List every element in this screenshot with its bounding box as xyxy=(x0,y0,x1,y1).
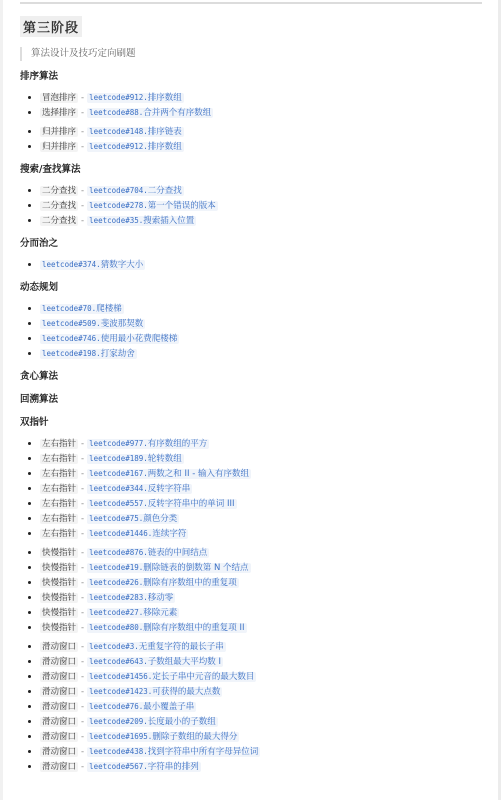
problem-name: 有序数组的平方 xyxy=(148,439,208,449)
problem-id: leetcode#19. xyxy=(89,563,143,572)
problem-name: 删除有序数组中的重复项 II xyxy=(143,623,244,633)
technique-tag: 冒泡排序 xyxy=(40,93,78,103)
list-item: 左右指针-leetcode#977.有序数组的平方 xyxy=(20,436,480,451)
problem-id: leetcode#88. xyxy=(89,108,143,117)
separator: - xyxy=(81,108,84,118)
separator: - xyxy=(81,702,84,712)
problem-list: 左右指针-leetcode#977.有序数组的平方左右指针-leetcode#1… xyxy=(20,436,480,774)
leetcode-link[interactable]: leetcode#912.排序数组 xyxy=(87,93,184,103)
problem-list: 二分查找-leetcode#704.二分查找二分查找-leetcode#278.… xyxy=(20,183,480,228)
technique-tag: 左右指针 xyxy=(40,529,78,539)
technique-tag: 归并排序 xyxy=(40,127,78,137)
leetcode-link[interactable]: leetcode#438.找到字符串中所有字母异位词 xyxy=(87,747,260,757)
technique-tag: 快慢指针 xyxy=(40,548,78,558)
separator: - xyxy=(81,186,84,196)
leetcode-link[interactable]: leetcode#70.爬楼梯 xyxy=(40,304,124,314)
separator: - xyxy=(81,216,84,226)
separator: - xyxy=(81,563,84,573)
list-item: 快慢指针-leetcode#283.移动零 xyxy=(20,590,480,605)
problem-id: leetcode#278. xyxy=(89,201,148,210)
problem-name: 打家劫舍 xyxy=(101,349,135,359)
separator: - xyxy=(81,548,84,558)
separator: - xyxy=(81,484,84,494)
leetcode-link[interactable]: leetcode#509.斐波那契数 xyxy=(40,319,145,329)
list-item: 滑动窗口-leetcode#567.字符串的排列 xyxy=(20,759,480,774)
leetcode-link[interactable]: leetcode#704.二分查找 xyxy=(87,186,184,196)
technique-tag: 选择排序 xyxy=(40,108,78,118)
problem-list: leetcode#70.爬楼梯leetcode#509.斐波那契数leetcod… xyxy=(20,301,480,361)
problem-id: leetcode#876. xyxy=(89,548,148,557)
leetcode-link[interactable]: leetcode#643.子数组最大平均数 I xyxy=(87,657,223,667)
problem-name: 颜色分类 xyxy=(143,514,177,524)
problem-id: leetcode#704. xyxy=(89,186,148,195)
leetcode-link[interactable]: leetcode#1423.可获得的最大点数 xyxy=(87,687,222,697)
technique-tag: 滑动窗口 xyxy=(40,762,78,772)
leetcode-link[interactable]: leetcode#374.猜数字大小 xyxy=(40,260,145,270)
technique-tag: 快慢指针 xyxy=(40,608,78,618)
technique-tag: 快慢指针 xyxy=(40,563,78,573)
problem-name: 连续字符 xyxy=(152,529,186,539)
list-item: leetcode#746.使用最小花费爬楼梯 xyxy=(20,331,480,346)
leetcode-link[interactable]: leetcode#19.删除链表的倒数第 N 个结点 xyxy=(87,563,250,573)
problem-id: leetcode#438. xyxy=(89,747,148,756)
list-item: 滑动窗口-leetcode#1456.定长子串中元音的最大数目 xyxy=(20,669,480,684)
list-item: 滑动窗口-leetcode#76.最小覆盖子串 xyxy=(20,699,480,714)
problem-name: 删除子数组的最大得分 xyxy=(152,732,237,742)
separator: - xyxy=(81,623,84,633)
problem-list: leetcode#374.猜数字大小 xyxy=(20,257,480,272)
technique-tag: 快慢指针 xyxy=(40,593,78,603)
problem-name: 链表的中间结点 xyxy=(148,548,208,558)
problem-id: leetcode#374. xyxy=(42,260,101,269)
problem-id: leetcode#567. xyxy=(89,762,148,771)
list-item: 冒泡排序-leetcode#912.排序数组 xyxy=(20,90,480,105)
list-item: 快慢指针-leetcode#80.删除有序数组中的重复项 II xyxy=(20,620,480,635)
problem-name: 猜数字大小 xyxy=(101,260,144,270)
problem-id: leetcode#344. xyxy=(89,484,148,493)
technique-tag: 滑动窗口 xyxy=(40,732,78,742)
list-item: leetcode#374.猜数字大小 xyxy=(20,257,480,272)
problem-name: 最小覆盖子串 xyxy=(143,702,194,712)
problem-name: 二分查找 xyxy=(148,186,182,196)
list-item: 快慢指针-leetcode#27.移除元素 xyxy=(20,605,480,620)
separator: - xyxy=(81,454,84,464)
technique-tag: 快慢指针 xyxy=(40,578,78,588)
separator: - xyxy=(81,672,84,682)
technique-tag: 滑动窗口 xyxy=(40,687,78,697)
problem-id: leetcode#1695. xyxy=(89,732,152,741)
problem-id: leetcode#283. xyxy=(89,593,148,602)
list-item: 快慢指针-leetcode#26.删除有序数组中的重复项 xyxy=(20,575,480,590)
problem-name: 排序数组 xyxy=(148,93,182,103)
separator: - xyxy=(81,499,84,509)
problem-name: 定长子串中元音的最大数目 xyxy=(152,672,254,682)
problem-id: leetcode#1423. xyxy=(89,687,152,696)
technique-tag: 左右指针 xyxy=(40,454,78,464)
section-heading: 动态规划 xyxy=(20,281,480,295)
technique-tag: 快慢指针 xyxy=(40,623,78,633)
separator: - xyxy=(81,127,84,137)
list-item: 左右指针-leetcode#189.轮转数组 xyxy=(20,451,480,466)
list-item: 二分查找-leetcode#278.第一个错误的版本 xyxy=(20,198,480,213)
separator: - xyxy=(81,593,84,603)
separator: - xyxy=(81,717,84,727)
list-item: 左右指针-leetcode#75.颜色分类 xyxy=(20,511,480,526)
problem-name: 轮转数组 xyxy=(148,454,182,464)
leetcode-link[interactable]: leetcode#167.两数之和 II - 输入有序数组 xyxy=(87,469,251,479)
leetcode-link[interactable]: leetcode#283.移动零 xyxy=(87,593,175,603)
problem-name: 反转字符串 xyxy=(148,484,191,494)
leetcode-link[interactable]: leetcode#1456.定长子串中元音的最大数目 xyxy=(87,672,256,682)
problem-list: 冒泡排序-leetcode#912.排序数组选择排序-leetcode#88.合… xyxy=(20,90,480,154)
section-heading: 回溯算法 xyxy=(20,393,480,407)
technique-tag: 滑动窗口 xyxy=(40,747,78,757)
separator: - xyxy=(81,578,84,588)
problem-name: 移动零 xyxy=(148,593,174,603)
separator: - xyxy=(81,142,84,152)
problem-name: 斐波那契数 xyxy=(101,319,144,329)
problem-id: leetcode#35. xyxy=(89,216,143,225)
problem-id: leetcode#26. xyxy=(89,578,143,587)
technique-tag: 左右指针 xyxy=(40,469,78,479)
problem-name: 长度最小的子数组 xyxy=(148,717,216,727)
list-item: 归并排序-leetcode#912.排序数组 xyxy=(20,139,480,154)
leetcode-link[interactable]: leetcode#148.排序链表 xyxy=(87,127,184,137)
problem-name: 找到字符串中所有字母异位词 xyxy=(148,747,259,757)
leetcode-link[interactable]: leetcode#344.反转字符串 xyxy=(87,484,192,494)
list-item: 滑动窗口-leetcode#3.无重复字符的最长子串 xyxy=(20,639,480,654)
leetcode-link[interactable]: leetcode#198.打家劫舍 xyxy=(40,349,137,359)
leetcode-link[interactable]: leetcode#278.第一个错误的版本 xyxy=(87,201,218,211)
separator: - xyxy=(81,747,84,757)
separator: - xyxy=(81,657,84,667)
problem-id: leetcode#75. xyxy=(89,514,143,523)
leetcode-link[interactable]: leetcode#912.排序数组 xyxy=(87,142,184,152)
problem-id: leetcode#1446. xyxy=(89,529,152,538)
separator: - xyxy=(81,529,84,539)
list-item: 滑动窗口-leetcode#1695.删除子数组的最大得分 xyxy=(20,729,480,744)
section-heading: 排序算法 xyxy=(20,70,480,84)
leetcode-link[interactable]: leetcode#1446.连续字符 xyxy=(87,529,188,539)
leetcode-link[interactable]: leetcode#27.移除元素 xyxy=(87,608,179,618)
problem-name: 两数之和 II - 输入有序数组 xyxy=(148,469,249,479)
problem-id: leetcode#167. xyxy=(89,469,148,478)
subtitle-blockquote: 算法设计及技巧定向刷题 xyxy=(20,47,480,61)
problem-id: leetcode#27. xyxy=(89,608,143,617)
problem-name: 无重复字符的最长子串 xyxy=(139,642,224,652)
section-heading: 贪心算法 xyxy=(20,370,480,384)
problem-name: 删除有序数组中的重复项 xyxy=(143,578,237,588)
section-heading: 分而治之 xyxy=(20,237,480,251)
problem-name: 删除链表的倒数第 N 个结点 xyxy=(143,563,248,573)
separator: - xyxy=(81,642,84,652)
problem-id: leetcode#1456. xyxy=(89,672,152,681)
horizontal-rule xyxy=(20,2,482,4)
problem-id: leetcode#912. xyxy=(89,93,148,102)
problem-id: leetcode#198. xyxy=(42,349,101,358)
technique-tag: 二分查找 xyxy=(40,201,78,211)
problem-name: 字符串的排列 xyxy=(148,762,199,772)
leetcode-link[interactable]: leetcode#76.最小覆盖子串 xyxy=(87,702,196,712)
list-item: 二分查找-leetcode#704.二分查找 xyxy=(20,183,480,198)
leetcode-link[interactable]: leetcode#189.轮转数组 xyxy=(87,454,184,464)
technique-tag: 二分查找 xyxy=(40,216,78,226)
leetcode-link[interactable]: leetcode#557.反转字符串中的单词 III xyxy=(87,499,236,509)
problem-id: leetcode#189. xyxy=(89,454,148,463)
problem-name: 可获得的最大点数 xyxy=(152,687,220,697)
separator: - xyxy=(81,201,84,211)
separator: - xyxy=(81,687,84,697)
separator: - xyxy=(81,439,84,449)
list-item: 二分查找-leetcode#35.搜索插入位置 xyxy=(20,213,480,228)
problem-name: 第一个错误的版本 xyxy=(148,201,216,211)
list-item: 左右指针-leetcode#344.反转字符串 xyxy=(20,481,480,496)
problem-name: 合并两个有序数组 xyxy=(143,108,211,118)
leetcode-link[interactable]: leetcode#567.字符串的排列 xyxy=(87,762,201,772)
technique-tag: 滑动窗口 xyxy=(40,642,78,652)
list-item: 快慢指针-leetcode#876.链表的中间结点 xyxy=(20,545,480,560)
page-title: 第三阶段 xyxy=(20,16,82,37)
list-item: 左右指针-leetcode#167.两数之和 II - 输入有序数组 xyxy=(20,466,480,481)
leetcode-link[interactable]: leetcode#1695.删除子数组的最大得分 xyxy=(87,732,239,742)
problem-id: leetcode#977. xyxy=(89,439,148,448)
technique-tag: 滑动窗口 xyxy=(40,702,78,712)
list-item: 快慢指针-leetcode#19.删除链表的倒数第 N 个结点 xyxy=(20,560,480,575)
list-item: leetcode#509.斐波那契数 xyxy=(20,316,480,331)
list-item: leetcode#70.爬楼梯 xyxy=(20,301,480,316)
technique-tag: 滑动窗口 xyxy=(40,657,78,667)
separator: - xyxy=(81,762,84,772)
problem-name: 使用最小花费爬楼梯 xyxy=(101,334,178,344)
problem-id: leetcode#912. xyxy=(89,142,148,151)
list-item: 滑动窗口-leetcode#1423.可获得的最大点数 xyxy=(20,684,480,699)
leetcode-link[interactable]: leetcode#80.删除有序数组中的重复项 II xyxy=(87,623,246,633)
technique-tag: 左右指针 xyxy=(40,439,78,449)
leetcode-link[interactable]: leetcode#977.有序数组的平方 xyxy=(87,439,209,449)
technique-tag: 滑动窗口 xyxy=(40,672,78,682)
list-item: 滑动窗口-leetcode#209.长度最小的子数组 xyxy=(20,714,480,729)
problem-id: leetcode#148. xyxy=(89,127,148,136)
sections-container: 排序算法冒泡排序-leetcode#912.排序数组选择排序-leetcode#… xyxy=(20,70,480,774)
problem-id: leetcode#509. xyxy=(42,319,101,328)
leetcode-link[interactable]: leetcode#88.合并两个有序数组 xyxy=(87,108,213,118)
list-item: 滑动窗口-leetcode#643.子数组最大平均数 I xyxy=(20,654,480,669)
problem-name: 移除元素 xyxy=(143,608,177,618)
technique-tag: 左右指针 xyxy=(40,514,78,524)
problem-id: leetcode#746. xyxy=(42,334,101,343)
problem-name: 子数组最大平均数 I xyxy=(148,657,221,667)
section-heading: 搜索/查找算法 xyxy=(20,163,480,177)
problem-id: leetcode#80. xyxy=(89,623,143,632)
list-item: 左右指针-leetcode#1446.连续字符 xyxy=(20,526,480,541)
problem-name: 排序数组 xyxy=(148,142,182,152)
problem-name: 搜索插入位置 xyxy=(143,216,194,226)
technique-tag: 左右指针 xyxy=(40,484,78,494)
technique-tag: 归并排序 xyxy=(40,142,78,152)
problem-name: 排序链表 xyxy=(148,127,182,137)
leetcode-link[interactable]: leetcode#876.链表的中间结点 xyxy=(87,548,209,558)
technique-tag: 二分查找 xyxy=(40,186,78,196)
separator: - xyxy=(81,469,84,479)
list-item: leetcode#198.打家劫舍 xyxy=(20,346,480,361)
problem-id: leetcode#643. xyxy=(89,657,148,666)
problem-name: 反转字符串中的单词 III xyxy=(148,499,235,509)
left-frame-border xyxy=(0,0,3,800)
problem-id: leetcode#76. xyxy=(89,702,143,711)
separator: - xyxy=(81,732,84,742)
problem-name: 爬楼梯 xyxy=(96,304,122,314)
list-item: 左右指针-leetcode#557.反转字符串中的单词 III xyxy=(20,496,480,511)
document-content: 第三阶段 算法设计及技巧定向刷题 排序算法冒泡排序-leetcode#912.排… xyxy=(20,12,480,774)
list-item: 滑动窗口-leetcode#438.找到字符串中所有字母异位词 xyxy=(20,744,480,759)
leetcode-link[interactable]: leetcode#75.颜色分类 xyxy=(87,514,179,524)
problem-id: leetcode#209. xyxy=(89,717,148,726)
leetcode-link[interactable]: leetcode#26.删除有序数组中的重复项 xyxy=(87,578,239,588)
leetcode-link[interactable]: leetcode#209.长度最小的子数组 xyxy=(87,717,218,727)
separator: - xyxy=(81,608,84,618)
leetcode-link[interactable]: leetcode#746.使用最小花费爬楼梯 xyxy=(40,334,179,344)
leetcode-link[interactable]: leetcode#35.搜索插入位置 xyxy=(87,216,196,226)
problem-id: leetcode#70. xyxy=(42,304,96,313)
separator: - xyxy=(81,514,84,524)
problem-id: leetcode#557. xyxy=(89,499,148,508)
problem-id: leetcode#3. xyxy=(89,642,139,651)
separator: - xyxy=(81,93,84,103)
technique-tag: 滑动窗口 xyxy=(40,717,78,727)
list-item: 归并排序-leetcode#148.排序链表 xyxy=(20,124,480,139)
list-item: 选择排序-leetcode#88.合并两个有序数组 xyxy=(20,105,480,120)
section-heading: 双指针 xyxy=(20,416,480,430)
leetcode-link[interactable]: leetcode#3.无重复字符的最长子串 xyxy=(87,642,226,652)
technique-tag: 左右指针 xyxy=(40,499,78,509)
